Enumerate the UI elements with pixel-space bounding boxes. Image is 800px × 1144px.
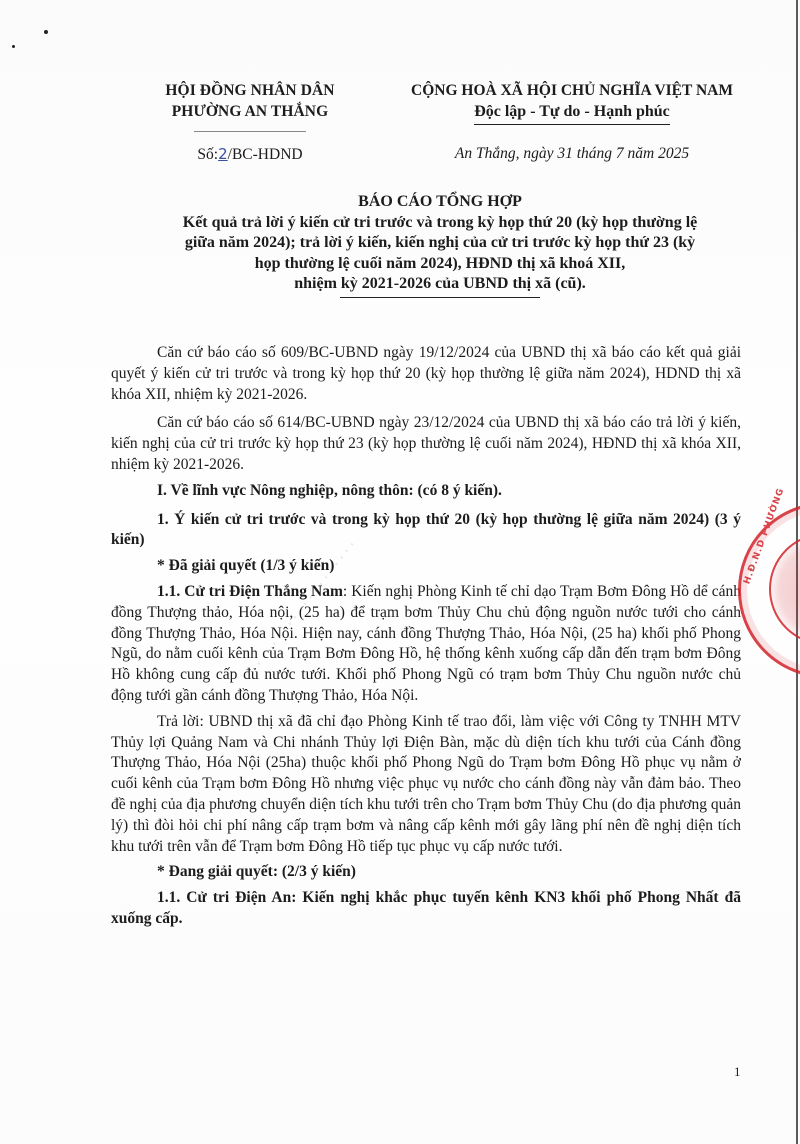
date-line: An Thắng, ngày 31 tháng 7 năm 2025 bbox=[384, 145, 760, 163]
org-line-2: PHƯỜNG AN THẮNG bbox=[120, 101, 380, 122]
subtitle-line: giữa năm 2024); trả lời ý kiến, kiến ngh… bbox=[120, 233, 760, 254]
page-number: 1 bbox=[734, 1064, 741, 1080]
nation-name: CỘNG HOÀ XÃ HỘI CHỦ NGHĨA VIỆT NAM bbox=[384, 80, 760, 101]
basis-paragraph-2: Căn cứ báo cáo số 614/BC-UBND ngày 23/12… bbox=[111, 413, 741, 475]
stamp-emblem bbox=[769, 533, 800, 645]
item-1-1b-paragraph: 1.1. Cử tri Điện An: Kiến nghị khắc phục… bbox=[111, 888, 741, 930]
report-title: BÁO CÁO TỔNG HỢP Kết quả trả lời ý kiến … bbox=[120, 192, 760, 298]
pending-heading: * Đang giải quyết: (2/3 ý kiến) bbox=[111, 862, 741, 883]
document-page: ··················· HỘI ĐỒNG NHÂN DÂN PH… bbox=[0, 0, 800, 1144]
item-1-1-label: 1.1. Cử tri Điện Thắng Nam bbox=[157, 583, 343, 600]
org-line-1: HỘI ĐỒNG NHÂN DÂN bbox=[120, 80, 380, 101]
title-underline bbox=[340, 297, 540, 299]
doc-no-handwritten: 2 bbox=[218, 145, 228, 163]
report-body: Căn cứ báo cáo số 609/BC-UBND ngày 19/12… bbox=[111, 343, 741, 930]
doc-no-prefix: Số: bbox=[197, 146, 218, 163]
org-underline bbox=[194, 131, 306, 132]
subtitle-line: nhiệm kỳ 2021-2026 của UBND thị xã (cũ). bbox=[120, 274, 760, 295]
scan-speck bbox=[12, 45, 15, 48]
national-heading: CỘNG HOÀ XÃ HỘI CHỦ NGHĨA VIỆT NAM Độc l… bbox=[384, 80, 760, 125]
scan-speck bbox=[44, 30, 48, 34]
document-number: Số:2/BC-HDND bbox=[120, 145, 380, 164]
answer-1-1-paragraph: Trả lời: UBND thị xã đã chỉ đạo Phòng Ki… bbox=[111, 712, 741, 858]
item-1-1-paragraph: 1.1. Cử tri Điện Thắng Nam: Kiến nghị Ph… bbox=[111, 582, 741, 707]
subsection-heading-1: 1. Ý kiến cử tri trước và trong kỳ họp t… bbox=[111, 510, 741, 552]
section-heading-I: I. Về lĩnh vực Nông nghiệp, nông thôn: (… bbox=[111, 481, 741, 502]
basis-paragraph-1: Căn cứ báo cáo số 609/BC-UBND ngày 19/12… bbox=[111, 343, 741, 405]
doc-no-suffix: /BC-HDND bbox=[228, 146, 303, 163]
resolved-heading: * Đã giải quyết (1/3 ý kiến) bbox=[111, 556, 741, 577]
item-1-1-text: : Kiến nghị Phòng Kinh tế chỉ dạo Trạm B… bbox=[111, 583, 741, 704]
issuing-authority: HỘI ĐỒNG NHÂN DÂN PHƯỜNG AN THẮNG bbox=[120, 80, 380, 132]
subtitle-line: họp thường lệ cuối năm 2024), HĐND thị x… bbox=[120, 254, 760, 275]
official-stamp: H.Đ.N.D PHƯỜNG bbox=[738, 502, 800, 678]
main-title: BÁO CÁO TỔNG HỢP bbox=[120, 192, 760, 213]
subtitle-line: Kết quả trả lời ý kiến cử tri trước và t… bbox=[120, 213, 760, 234]
national-motto: Độc lập - Tự do - Hạnh phúc bbox=[474, 101, 670, 125]
